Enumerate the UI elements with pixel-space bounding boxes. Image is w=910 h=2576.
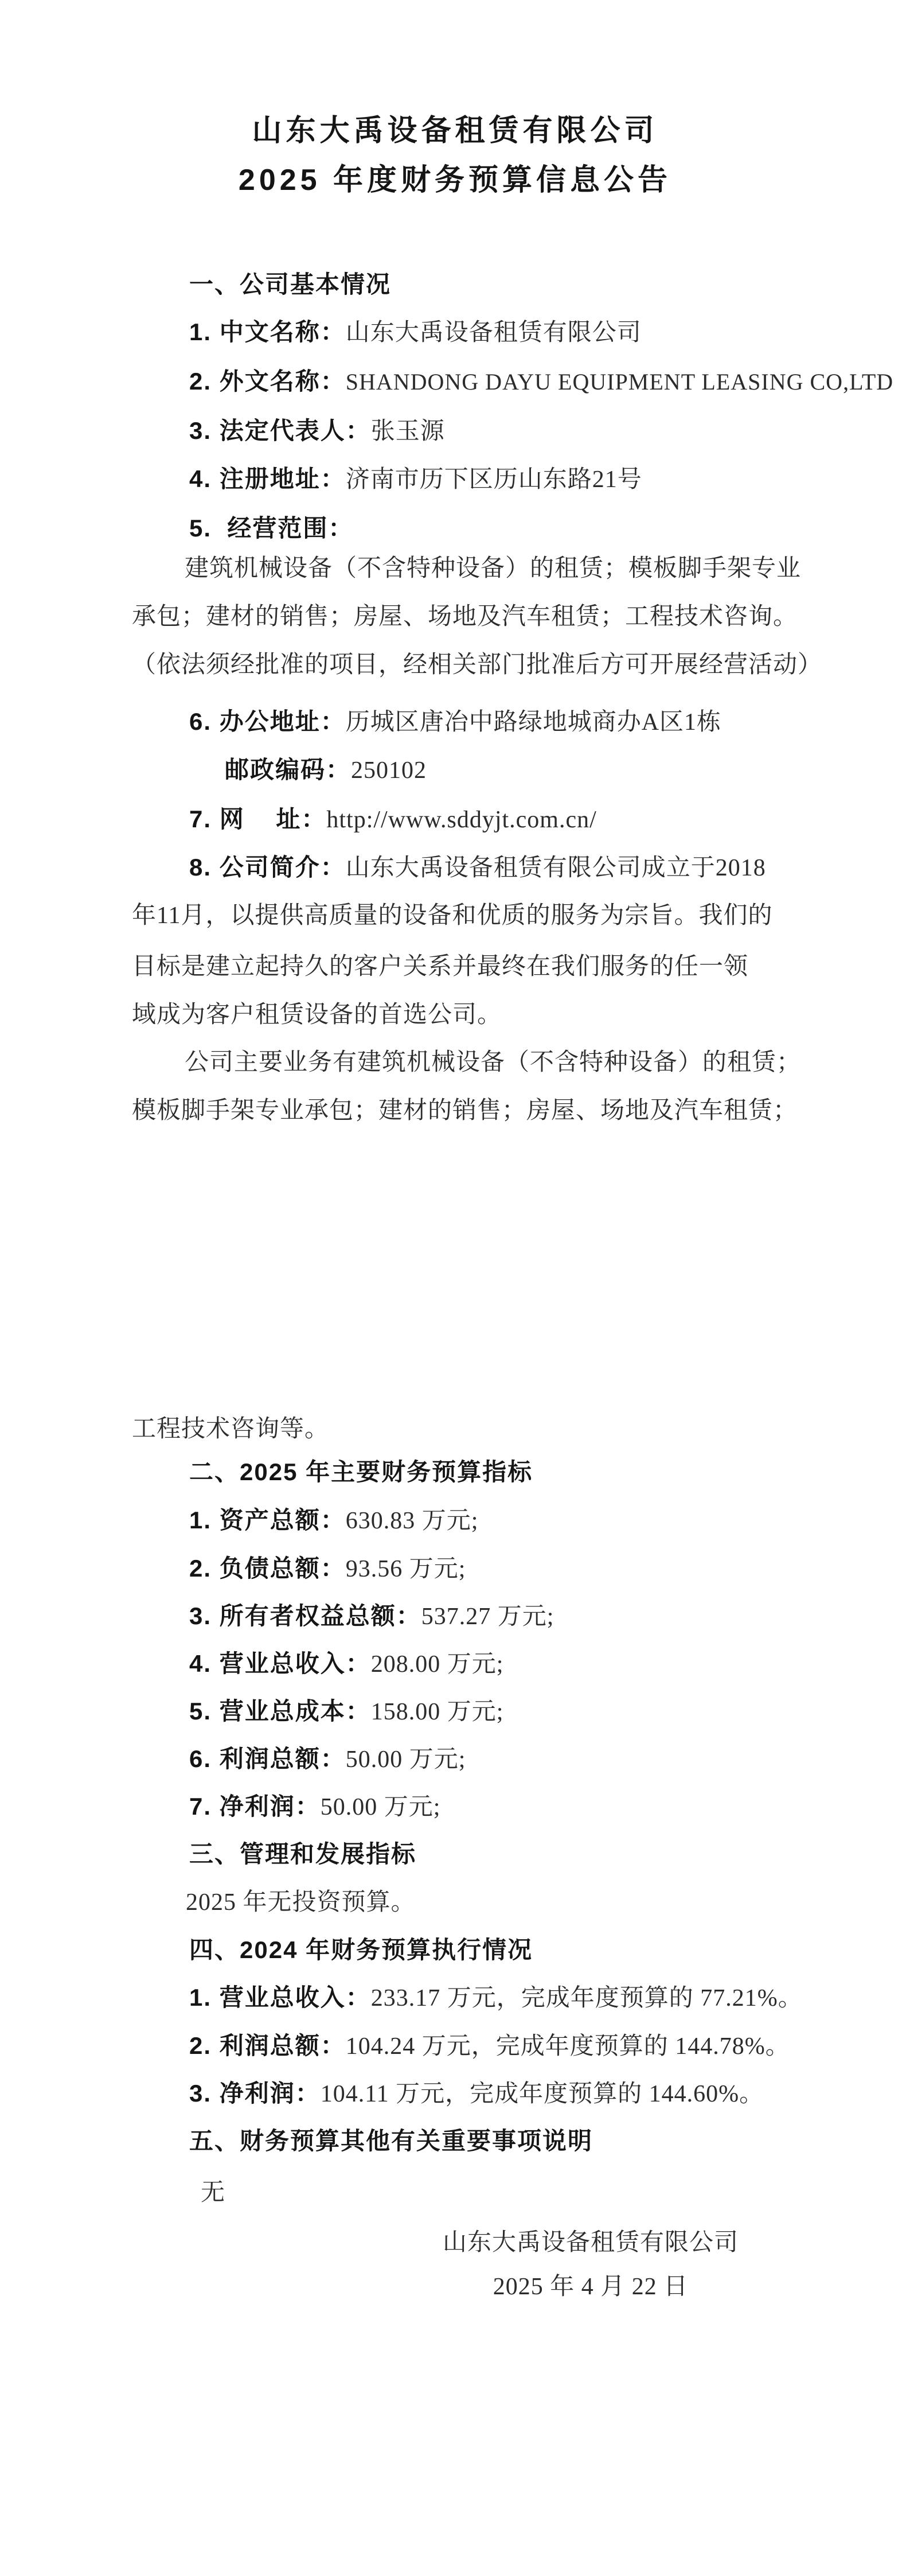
item-label: 2. 利润总额： <box>189 2032 346 2059</box>
section-5-body: 无 <box>201 2178 225 2208</box>
item-value: 93.56 万元; <box>346 1556 466 1582</box>
item-label: 6. 利润总额： <box>189 1745 346 1772</box>
profile-line: 公司主要业务有建筑机械设备（不含特种设备）的租赁； <box>185 1048 801 1077</box>
item-value: 山东大禹设备租赁有限公司成立于2018 <box>346 855 766 881</box>
item-value: 山东大禹设备租赁有限公司 <box>346 320 642 346</box>
item-value: 济南市历下区历山东路21号 <box>346 466 642 493</box>
item-value: 104.11 万元，完成年度预算的 144.60%。 <box>321 2081 764 2107</box>
title-line-2: 2025 年度财务预算信息公告 <box>0 162 910 199</box>
item-label: 2. 负债总额： <box>189 1555 346 1582</box>
signature-date: 2025 年 4 月 22 日 <box>344 2272 837 2302</box>
item-value: 50.00 万元; <box>346 1746 466 1773</box>
basic-info-item-postal-code: 邮政编码：250102 <box>225 755 427 785</box>
execution-item-total-revenue: 1. 营业总收入：233.17 万元，完成年度预算的 77.21%。 <box>189 1983 803 2013</box>
document-page: 山东大禹设备租赁有限公司 2025 年度财务预算信息公告 一、公司基本情况 1.… <box>0 0 910 2576</box>
profile-line: 模板脚手架专业承包；建材的销售；房屋、场地及汽车租赁； <box>132 1096 798 1126</box>
item-label: 5. 经营范围： <box>189 515 353 542</box>
budget-item-total-cost: 5. 营业总成本：158.00 万元; <box>189 1696 503 1727</box>
item-label: 3. 法定代表人： <box>189 417 371 444</box>
basic-info-item-chinese-name: 1. 中文名称：山东大禹设备租赁有限公司 <box>189 317 642 348</box>
profile-line: 目标是建立起持久的客户关系并最终在我们服务的任一领 <box>132 952 748 982</box>
basic-info-item-company-profile: 8. 公司简介：山东大禹设备租赁有限公司成立于2018 <box>189 853 766 883</box>
business-scope-line: （依法须经批准的项目，经相关部门批准后方可开展经营活动） <box>132 650 822 680</box>
item-label: 邮政编码： <box>225 756 351 783</box>
item-value: 537.27 万元; <box>421 1604 554 1630</box>
execution-item-total-profit: 2. 利润总额：104.24 万元，完成年度预算的 144.78%。 <box>189 2031 790 2061</box>
item-label: 1. 资产总额： <box>189 1507 346 1534</box>
item-label: 4. 营业总收入： <box>189 1650 371 1677</box>
basic-info-item-legal-representative: 3. 法定代表人：张玉源 <box>189 416 445 446</box>
basic-info-item-website: 7. 网 址：http://www.sddyjt.com.cn/ <box>189 804 597 835</box>
item-label: 2. 外文名称： <box>189 368 346 395</box>
section-4-heading: 四、2024 年财务预算执行情况 <box>189 1935 533 1965</box>
item-label: 1. 中文名称： <box>189 318 346 345</box>
section-3-heading: 三、管理和发展指标 <box>189 1839 416 1869</box>
item-value: 104.24 万元，完成年度预算的 144.78%。 <box>346 2033 790 2060</box>
title-line-1: 山东大禹设备租赁有限公司 <box>0 112 910 149</box>
profile-line: 域成为客户租赁设备的首选公司。 <box>132 1000 502 1030</box>
basic-info-item-office-address: 6. 办公地址：历城区唐冶中路绿地城商办A区1栋 <box>189 707 721 737</box>
item-value: 630.83 万元; <box>346 1508 479 1534</box>
section-3-body: 2025 年无投资预算。 <box>186 1888 416 1917</box>
budget-item-total-liabilities: 2. 负债总额：93.56 万元; <box>189 1554 466 1584</box>
item-label: 5. 营业总成本： <box>189 1698 371 1725</box>
item-value: 233.17 万元，完成年度预算的 77.21%。 <box>371 1985 803 2011</box>
item-value: 50.00 万元; <box>321 1794 441 1820</box>
item-label: 4. 注册地址： <box>189 465 346 492</box>
item-value: 158.00 万元; <box>371 1699 504 1725</box>
item-value: 208.00 万元; <box>371 1651 504 1678</box>
item-value: 250102 <box>351 757 427 784</box>
budget-item-net-profit: 7. 净利润：50.00 万元; <box>189 1792 440 1822</box>
profile-line: 年11月，以提供高质量的设备和优质的服务为宗旨。我们的 <box>132 901 772 931</box>
budget-item-total-revenue: 4. 营业总收入：208.00 万元; <box>189 1649 503 1679</box>
profile-line: 工程技术咨询等。 <box>132 1414 329 1444</box>
item-label: 3. 净利润： <box>189 2080 321 2107</box>
basic-info-item-registered-address: 4. 注册地址：济南市历下区历山东路21号 <box>189 464 642 495</box>
website-url: http://www.sddyjt.com.cn/ <box>326 807 596 833</box>
item-value: 历城区唐冶中路绿地城商办A区1栋 <box>346 709 721 736</box>
item-label: 7. 净利润： <box>189 1793 321 1820</box>
item-label: 8. 公司简介： <box>189 854 346 881</box>
basic-info-item-foreign-name: 2. 外文名称：SHANDONG DAYU EQUIPMENT LEASING … <box>189 367 893 397</box>
execution-item-net-profit: 3. 净利润：104.11 万元，完成年度预算的 144.60%。 <box>189 2079 764 2109</box>
section-2-heading: 二、2025 年主要财务预算指标 <box>189 1457 533 1487</box>
business-scope-line: 建筑机械设备（不含特种设备）的租赁；模板脚手架专业 <box>185 554 801 583</box>
section-5-heading: 五、财务预算其他有关重要事项说明 <box>189 2126 593 2156</box>
section-1-heading: 一、公司基本情况 <box>189 270 391 299</box>
basic-info-item-business-scope-label: 5. 经营范围： <box>189 513 353 544</box>
item-label: 3. 所有者权益总额： <box>189 1602 421 1629</box>
budget-item-owners-equity: 3. 所有者权益总额：537.27 万元; <box>189 1601 554 1632</box>
item-value: SHANDONG DAYU EQUIPMENT LEASING CO,LTD <box>346 369 893 395</box>
item-label: 1. 营业总收入： <box>189 1984 371 2011</box>
budget-item-total-assets: 1. 资产总额：630.83 万元; <box>189 1505 478 1536</box>
budget-item-total-profit: 6. 利润总额：50.00 万元; <box>189 1744 466 1775</box>
business-scope-line: 承包；建材的销售；房屋、场地及汽车租赁；工程技术咨询。 <box>132 602 798 632</box>
signature-company: 山东大禹设备租赁有限公司 <box>344 2228 837 2258</box>
item-label: 6. 办公地址： <box>189 708 346 735</box>
item-value: 张玉源 <box>371 418 445 445</box>
item-label: 7. 网 址： <box>189 806 326 832</box>
